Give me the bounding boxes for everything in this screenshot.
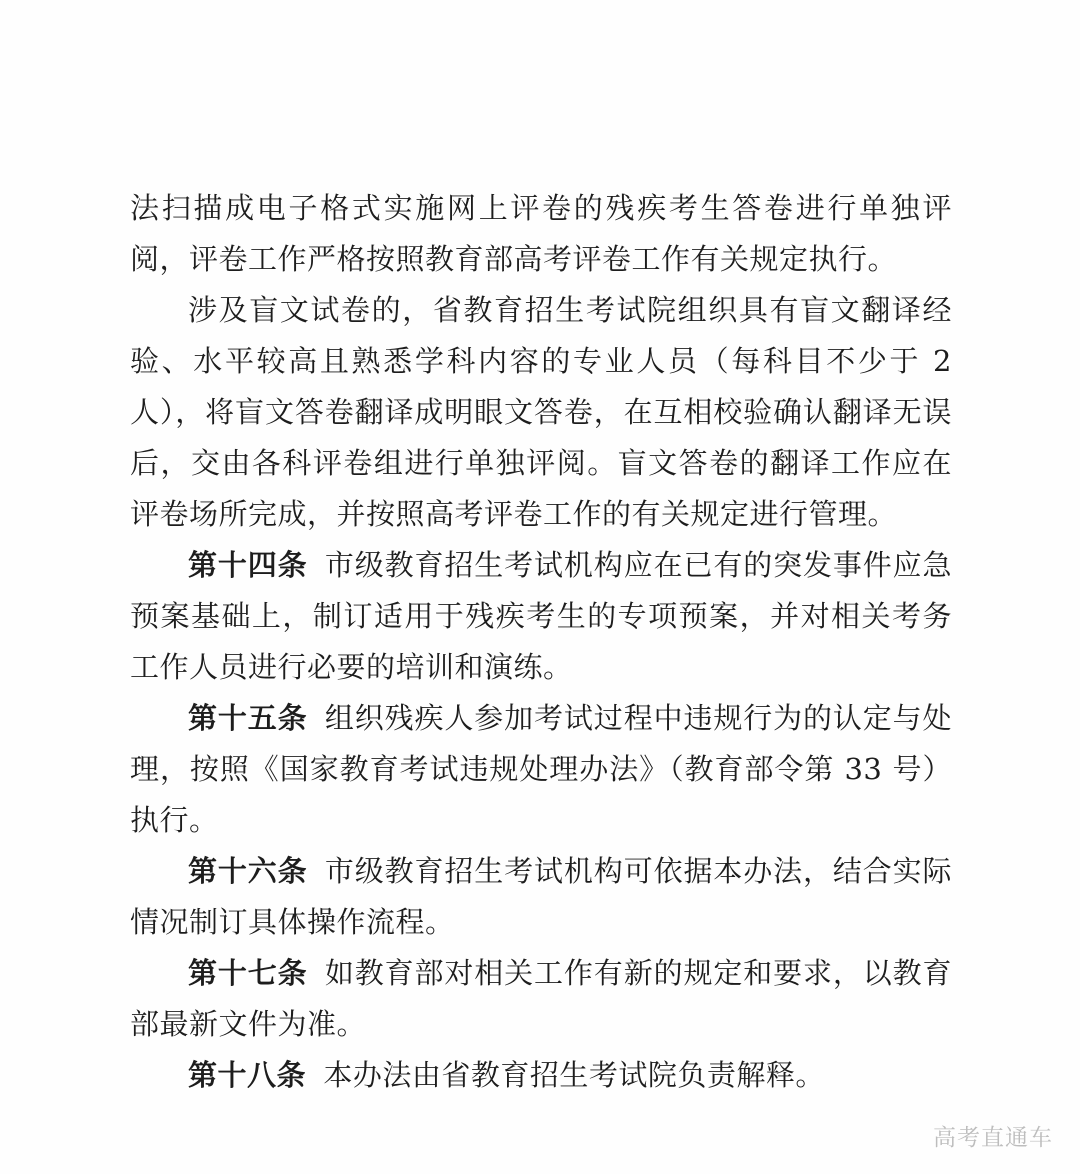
article-number: 第十六条 xyxy=(188,854,308,888)
paragraph: 第十四条市级教育招生考试机构应在已有的突发事件应急预案基础上，制订适用于残疾考生… xyxy=(130,540,952,693)
document-body: 法扫描成电子格式实施网上评卷的残疾考生答卷进行单独评阅，评卷工作严格按照教育部高… xyxy=(130,183,952,1101)
paragraph-text: 涉及盲文试卷的，省教育招生考试院组织具有盲文翻译经验、水平较高且熟悉学科内容的专… xyxy=(130,293,952,531)
paragraph: 第十八条本办法由省教育招生考试院负责解释。 xyxy=(130,1050,952,1101)
paragraph-text: 法扫描成电子格式实施网上评卷的残疾考生答卷进行单独评阅，评卷工作严格按照教育部高… xyxy=(130,191,952,276)
article-number: 第十八条 xyxy=(188,1058,306,1092)
article-number: 第十七条 xyxy=(188,956,308,990)
article-number: 第十四条 xyxy=(188,548,308,582)
paragraph: 法扫描成电子格式实施网上评卷的残疾考生答卷进行单独评阅，评卷工作严格按照教育部高… xyxy=(130,183,952,285)
article-number: 第十五条 xyxy=(188,701,308,735)
watermark: 高考直通车 xyxy=(933,1119,1053,1152)
paragraph-text: 本办法由省教育招生考试院负责解释。 xyxy=(323,1058,825,1092)
paragraph: 第十五条组织残疾人参加考试过程中违规行为的认定与处理，按照《国家教育考试违规处理… xyxy=(130,693,952,846)
paragraph: 涉及盲文试卷的，省教育招生考试院组织具有盲文翻译经验、水平较高且熟悉学科内容的专… xyxy=(130,285,952,540)
document-page: 法扫描成电子格式实施网上评卷的残疾考生答卷进行单独评阅，评卷工作严格按照教育部高… xyxy=(0,0,1080,1174)
paragraph: 第十六条市级教育招生考试机构可依据本办法，结合实际情况制订具体操作流程。 xyxy=(130,846,952,948)
paragraph: 第十七条如教育部对相关工作有新的规定和要求，以教育部最新文件为准。 xyxy=(130,948,952,1050)
